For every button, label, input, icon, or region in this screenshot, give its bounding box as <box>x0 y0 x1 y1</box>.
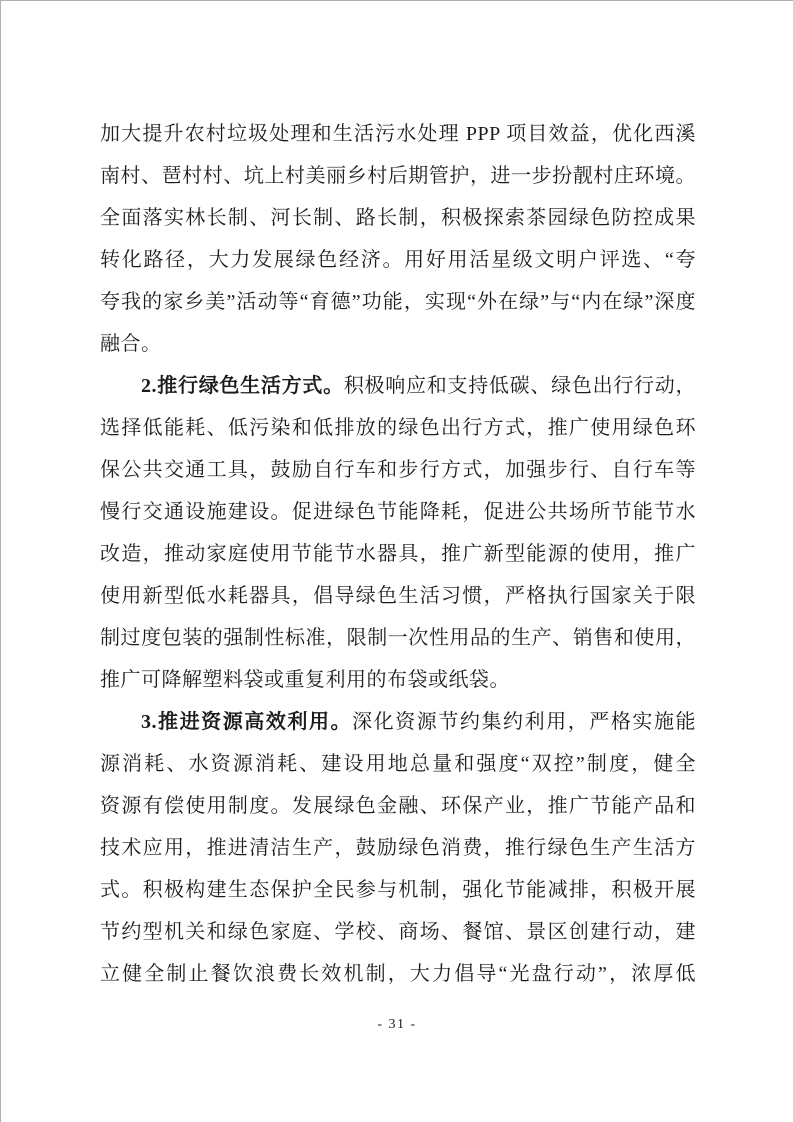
text-line: 源消耗、水资源消耗、建设用地总量和强度“双控”制度，健全 <box>100 743 696 785</box>
text-line: 夸我的家乡美”活动等“育德”功能，实现“外在绿”与“内在绿”深度 <box>100 281 696 323</box>
page-number: - 31 - <box>1 1017 793 1033</box>
text-line: 转化路径，大力发展绿色经济。用好用活星级文明户评选、“夸 <box>100 239 696 281</box>
text-body: 加大提升农村垃圾处理和生活污水处理 PPP 项目效益，优化西溪南村、琶村村、坑上… <box>100 113 696 995</box>
document-page: 加大提升农村垃圾处理和生活污水处理 PPP 项目效益，优化西溪南村、琶村村、坑上… <box>0 0 793 1122</box>
text-line: 改造，推动家庭使用节能节水器具，推广新型能源的使用，推广 <box>100 533 696 575</box>
paragraph-first-line: 2.推行绿色生活方式。积极响应和支持低碳、绿色出行行动， <box>100 365 696 407</box>
text-line: 立健全制止餐饮浪费长效机制，大力倡导“光盘行动”，浓厚低 <box>100 953 696 995</box>
text-line: 资源有偿使用制度。发展绿色金融、环保产业，推广节能产品和 <box>100 785 696 827</box>
text-line: 慢行交通设施建设。促进绿色节能降耗，促进公共场所节能节水 <box>100 491 696 533</box>
text-line: 使用新型低水耗器具，倡导绿色生活习惯，严格执行国家关于限 <box>100 575 696 617</box>
paragraph-heading: 3.推进资源高效利用。 <box>141 711 352 733</box>
text-line: 融合。 <box>100 323 696 365</box>
text-line: 制过度包装的强制性标准，限制一次性用品的生产、销售和使用， <box>100 617 696 659</box>
text-line: 南村、琶村村、坑上村美丽乡村后期管护，进一步扮靓村庄环境。 <box>100 155 696 197</box>
text-line: 全面落实林长制、河长制、路长制，积极探索茶园绿色防控成果 <box>100 197 696 239</box>
paragraph-heading: 2.推行绿色生活方式。 <box>141 375 344 397</box>
text-line: 节约型机关和绿色家庭、学校、商场、餐馆、景区创建行动，建 <box>100 911 696 953</box>
text-line: 加大提升农村垃圾处理和生活污水处理 PPP 项目效益，优化西溪 <box>100 113 696 155</box>
text-line: 技术应用，推进清洁生产，鼓励绿色消费，推行绿色生产生活方 <box>100 827 696 869</box>
text-line: 保公共交通工具，鼓励自行车和步行方式，加强步行、自行车等 <box>100 449 696 491</box>
text-line: 推广可降解塑料袋或重复利用的布袋或纸袋。 <box>100 659 696 701</box>
text-line: 选择低能耗、低污染和低排放的绿色出行方式，推广使用绿色环 <box>100 407 696 449</box>
paragraph-first-line: 3.推进资源高效利用。深化资源节约集约利用，严格实施能 <box>100 701 696 743</box>
text-line: 式。积极构建生态保护全民参与机制，强化节能减排，积极开展 <box>100 869 696 911</box>
